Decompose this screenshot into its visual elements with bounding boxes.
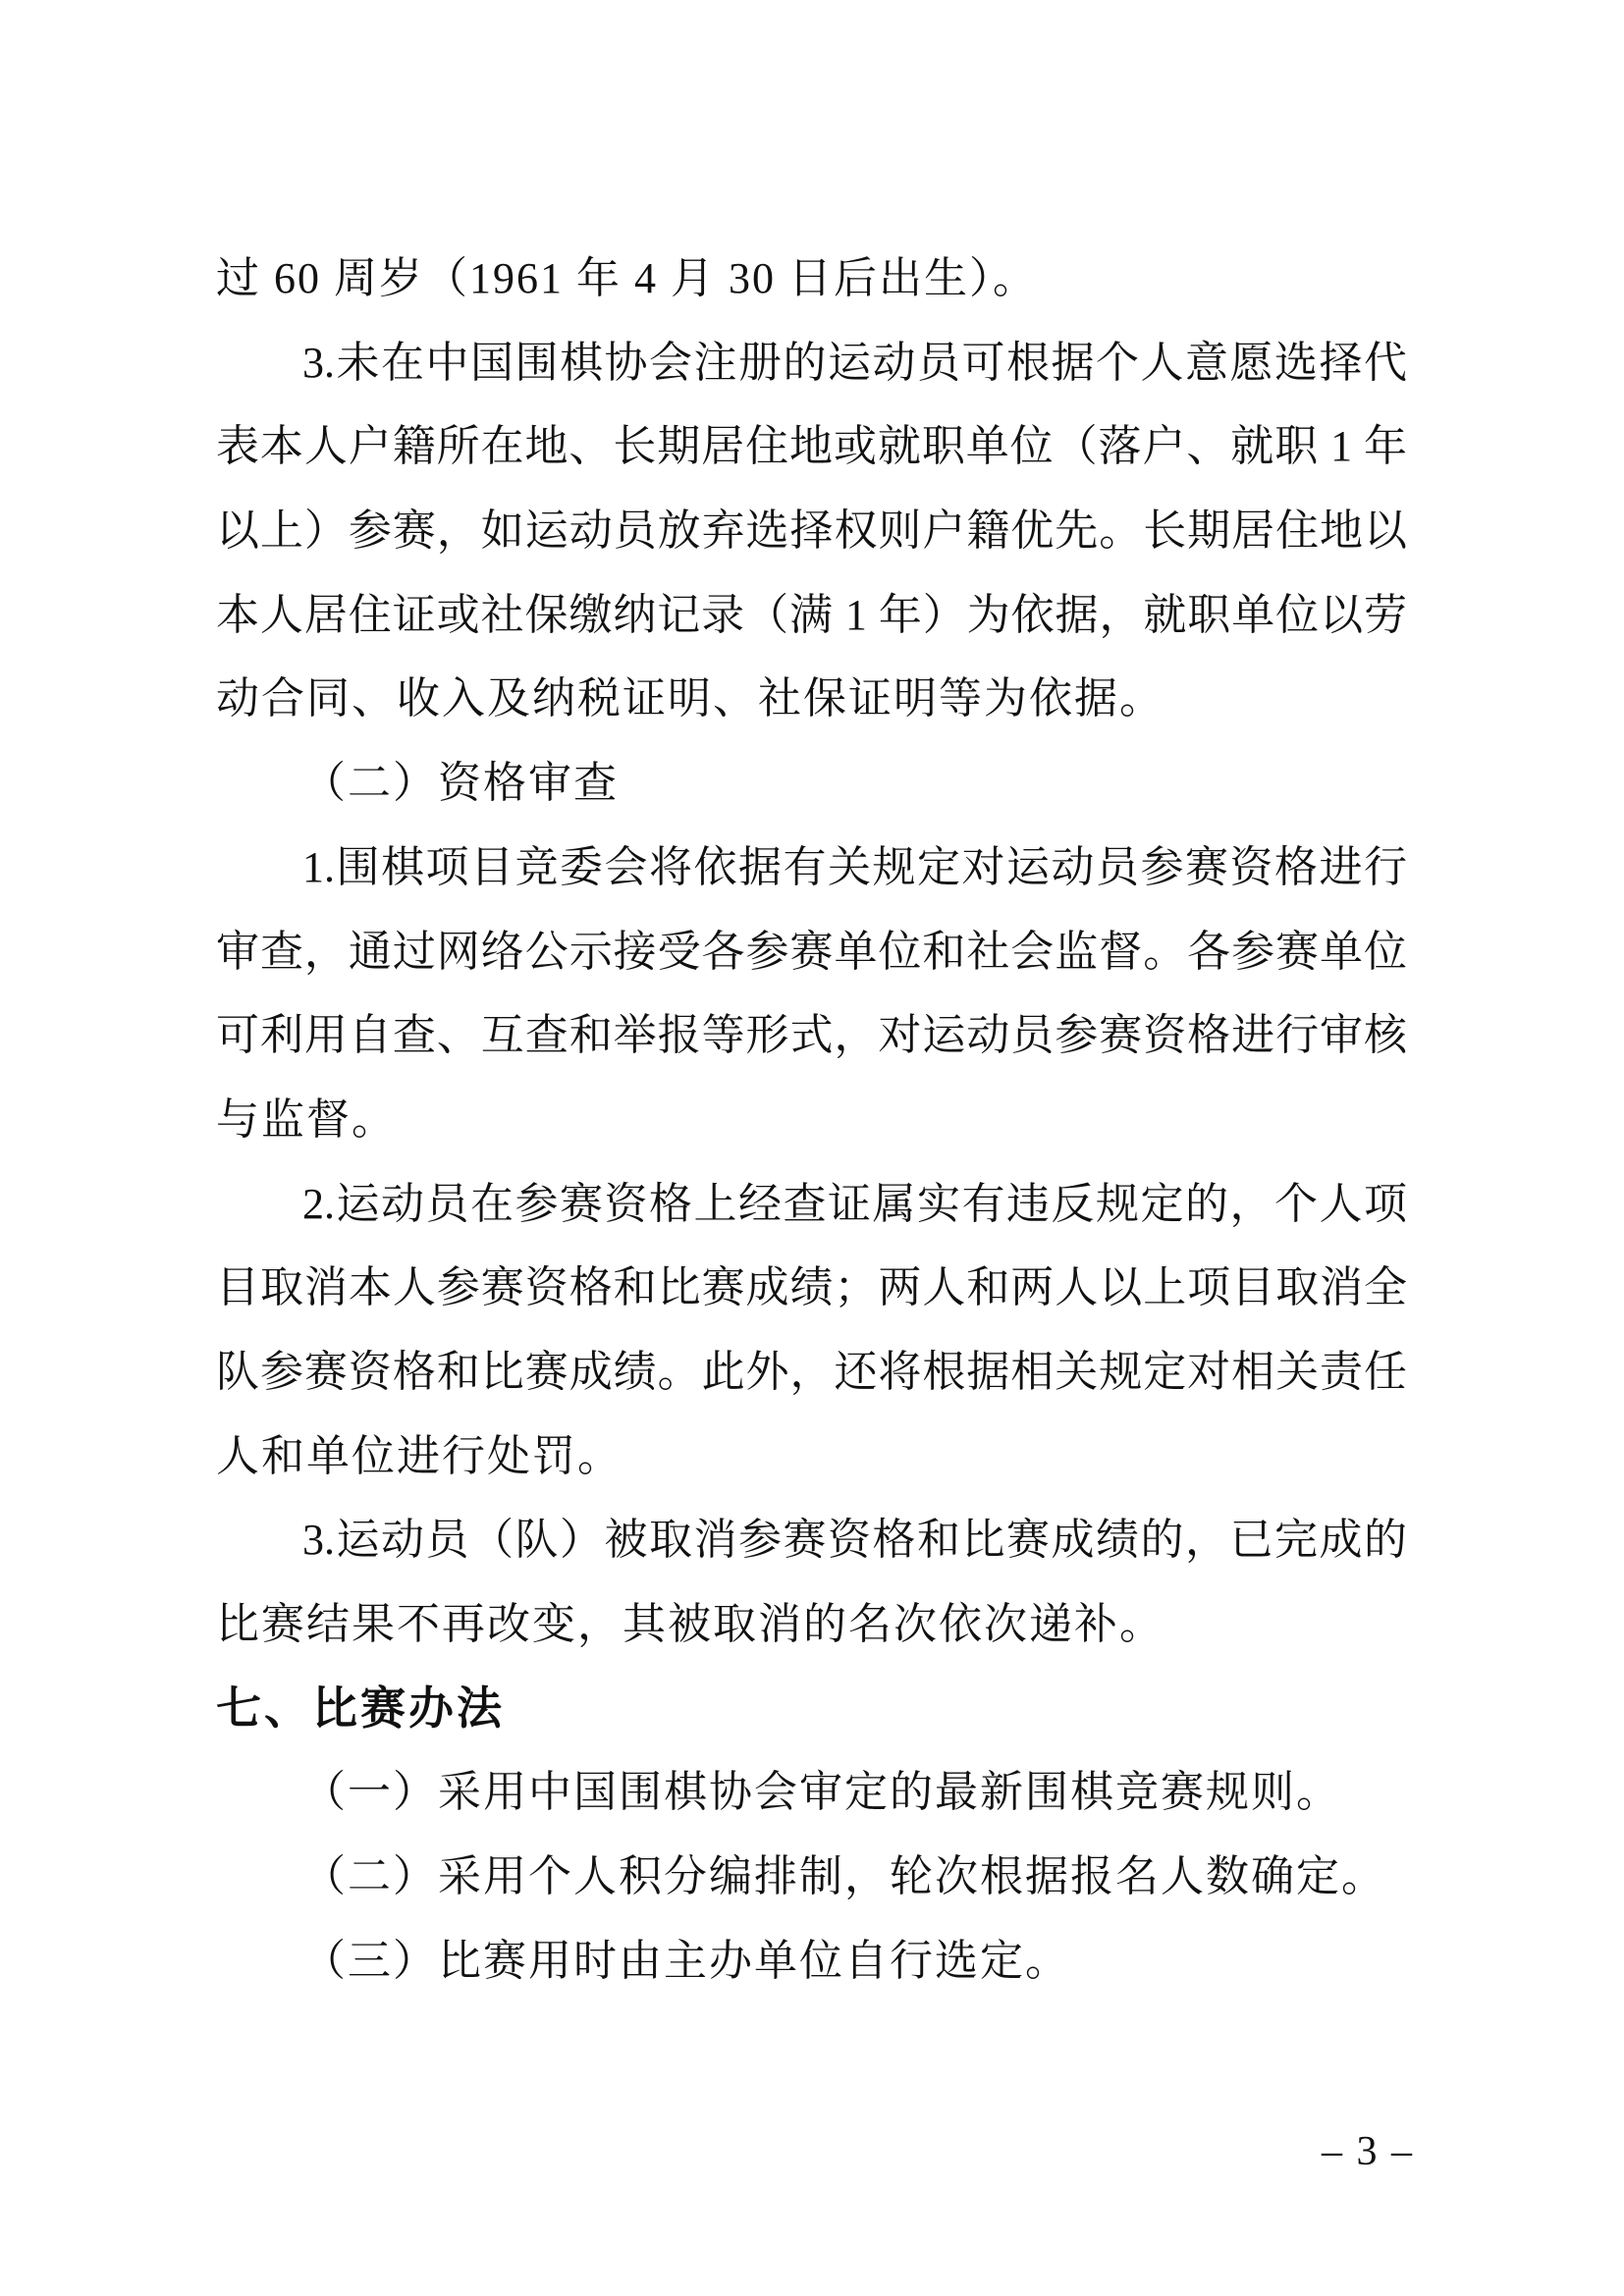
text-line: 本人居住证或社保缴纳记录（满 1 年）为依据，就职单位以劳 bbox=[216, 573, 1407, 658]
text-line: 人和单位进行处罚。 bbox=[216, 1415, 1407, 1499]
text-line: 动合同、收入及纳税证明、社保证明等为依据。 bbox=[216, 657, 1407, 741]
text-line: （二）采用个人积分编排制，轮次根据报名人数确定。 bbox=[216, 1835, 1407, 1919]
text-line: 以上）参赛，如运动员放弃选择权则户籍优先。长期居住地以 bbox=[216, 489, 1407, 573]
text-line: 目取消本人参赛资格和比赛成绩；两人和两人以上项目取消全 bbox=[216, 1246, 1407, 1330]
text-line: 队参赛资格和比赛成绩。此外，还将根据相关规定对相关责任 bbox=[216, 1330, 1407, 1415]
text-line: （二）资格审查 bbox=[216, 741, 1407, 826]
section-heading: 七、比赛办法 bbox=[216, 1667, 1407, 1751]
text-line: 3.未在中国围棋协会注册的运动员可根据个人意愿选择代 bbox=[216, 321, 1407, 405]
text-line: 比赛结果不再改变，其被取消的名次依次递补。 bbox=[216, 1582, 1407, 1667]
text-line: 1.围棋项目竞委会将依据有关规定对运动员参赛资格进行 bbox=[216, 826, 1407, 910]
text-line: 与监督。 bbox=[216, 1078, 1407, 1162]
text-line: 过 60 周岁（1961 年 4 月 30 日后出生）。 bbox=[216, 237, 1407, 321]
page-number: – 3 – bbox=[1322, 2128, 1414, 2175]
document-body: 过 60 周岁（1961 年 4 月 30 日后出生）。3.未在中国围棋协会注册… bbox=[216, 237, 1407, 2002]
text-line: （一）采用中国围棋协会审定的最新围棋竞赛规则。 bbox=[216, 1750, 1407, 1835]
text-line: 3.运动员（队）被取消参赛资格和比赛成绩的，已完成的 bbox=[216, 1498, 1407, 1582]
document-page: 过 60 周岁（1961 年 4 月 30 日后出生）。3.未在中国围棋协会注册… bbox=[0, 0, 1624, 2296]
text-line: 审查，通过网络公示接受各参赛单位和社会监督。各参赛单位 bbox=[216, 910, 1407, 994]
text-line: （三）比赛用时由主办单位自行选定。 bbox=[216, 1919, 1407, 2003]
text-line: 2.运动员在参赛资格上经查证属实有违反规定的，个人项 bbox=[216, 1162, 1407, 1247]
text-line: 表本人户籍所在地、长期居住地或就职单位（落户、就职 1 年 bbox=[216, 404, 1407, 489]
text-line: 可利用自查、互查和举报等形式，对运动员参赛资格进行审核 bbox=[216, 993, 1407, 1078]
